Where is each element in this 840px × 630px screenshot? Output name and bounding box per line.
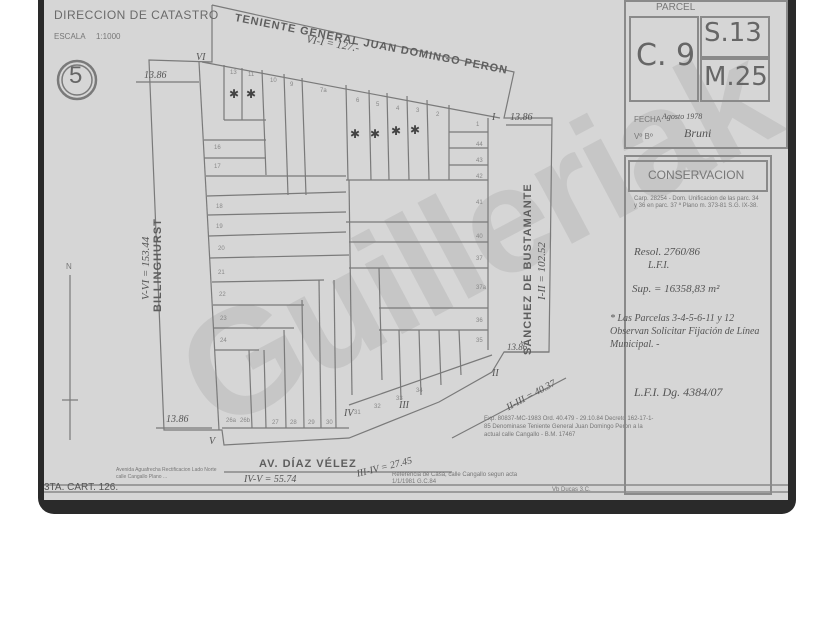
lot-24: 24 (220, 338, 227, 344)
lot-42: 42 (476, 174, 483, 180)
fecha-label: FECHA (634, 115, 661, 124)
conservacion-title: CONSERVACION (648, 168, 744, 182)
vb-signature: Bruni (684, 126, 711, 141)
lot-29: 29 (308, 420, 315, 426)
lot-41: 41 (476, 200, 483, 206)
superficie-value: Sup. = 16358,83 m² (632, 283, 719, 295)
vertex-i: I (492, 112, 495, 123)
svg-text:✱: ✱ (370, 127, 380, 141)
lot-16: 16 (214, 145, 221, 151)
dim-v-vi: V-VI = 153.44 (140, 237, 152, 300)
lot-19: 19 (216, 224, 223, 230)
scale-value: 1:1000 (96, 32, 120, 41)
lot-30: 30 (326, 420, 333, 426)
svg-text:✱: ✱ (350, 127, 360, 141)
fecha-value: Agosto 1978 (662, 112, 702, 121)
lot-31: 31 (354, 410, 361, 416)
lot-23: 23 (220, 316, 227, 322)
lot-13: 13 (230, 70, 237, 76)
cadastral-sheet: Guilleriak (44, 0, 788, 500)
street-south: AV. DÍAZ VÉLEZ (259, 458, 357, 470)
lot-43: 43 (476, 158, 483, 164)
lot-20: 20 (218, 246, 225, 252)
dim-i-ii: I-II = 102.52 (536, 242, 548, 300)
svg-text:✱: ✱ (410, 123, 420, 137)
former-name-note: Referencia de Casa, calle Cangallo segun… (392, 472, 542, 486)
dim-iv-v: IV-V = 55.74 (244, 474, 296, 485)
lot-28: 28 (290, 420, 297, 426)
dim-ochava-nw: 13.86 (144, 70, 167, 81)
vertex-v: V (209, 436, 215, 447)
conservacion-note-1: Carp. 28254 - Dom. Unificacion de las pa… (634, 196, 762, 210)
lot-9: 9 (290, 82, 293, 88)
lot-5: 5 (376, 102, 379, 108)
vertex-iv: IV (344, 408, 353, 419)
lot-6: 6 (356, 98, 359, 104)
svg-text:✱: ✱ (229, 87, 239, 101)
resol-value: Resol. 2760/86 (634, 246, 700, 258)
lot-10: 10 (270, 78, 277, 84)
lot-17: 17 (214, 164, 221, 170)
dim-ochava-se: 13.86 (507, 342, 527, 352)
title-top-label: PARCEL (656, 2, 695, 13)
vb-label: Vº Bº (634, 132, 653, 141)
lot-4: 4 (396, 106, 399, 112)
dim-ochava-sw: 13.86 (166, 414, 189, 425)
lot-36: 36 (476, 318, 483, 324)
lot-40: 40 (476, 234, 483, 240)
plate-number: 5 (69, 62, 82, 90)
signature-note: Vb Ducas 3.C. (552, 487, 591, 493)
vertex-vi: VI (196, 52, 205, 63)
lot-34: 34 (416, 388, 423, 394)
lot-3: 3 (416, 108, 419, 114)
lot-21: 21 (218, 270, 225, 276)
parcels-note: * Las Parcelas 3-4-5-6-11 y 12 Observan … (610, 312, 760, 351)
lot-7a: 7a (320, 88, 327, 94)
lot-44: 44 (476, 142, 483, 148)
street-west: BILLINGHURST (152, 218, 164, 312)
lot-11: 11 (248, 72, 254, 78)
street-east: SÁNCHEZ DE BUSTAMANTE (522, 183, 534, 355)
vertex-ii: II (492, 368, 499, 379)
lot-37: 37 (476, 256, 483, 262)
lfi-value: L.F.I. Dg. 4384/07 (634, 385, 722, 400)
manzana-value: M.25 (704, 62, 768, 92)
lot-26a: 26a (226, 418, 236, 424)
lot-22: 22 (219, 292, 226, 298)
header-title: DIRECCION DE CATASTRO (54, 8, 219, 22)
lot-1: 1 (476, 122, 479, 128)
lot-37a: 37a (476, 285, 486, 291)
svg-text:✱: ✱ (246, 87, 256, 101)
lot-18: 18 (216, 204, 223, 210)
lot-26b: 26b (240, 418, 250, 424)
dim-ochava-ne: 13.86 (510, 112, 533, 123)
lot-2: 2 (436, 112, 439, 118)
circ-value: C. 9 (636, 38, 695, 73)
lot-32: 32 (374, 404, 381, 410)
lot-27: 27 (272, 420, 279, 426)
vertex-iii: III (399, 400, 409, 411)
lot-35: 35 (476, 338, 483, 344)
sheet-ref: 3TA. CART. 126. (44, 482, 118, 493)
resol-sub: L.F.I. (648, 260, 669, 271)
scale-label: ESCALA (54, 32, 86, 41)
svg-text:✱: ✱ (391, 124, 401, 138)
seccion-value: S.13 (704, 18, 762, 48)
south-note: Avenida Aguafrecha Rectificacion Lado No… (116, 467, 226, 481)
north-arrow-label: N (66, 262, 72, 271)
